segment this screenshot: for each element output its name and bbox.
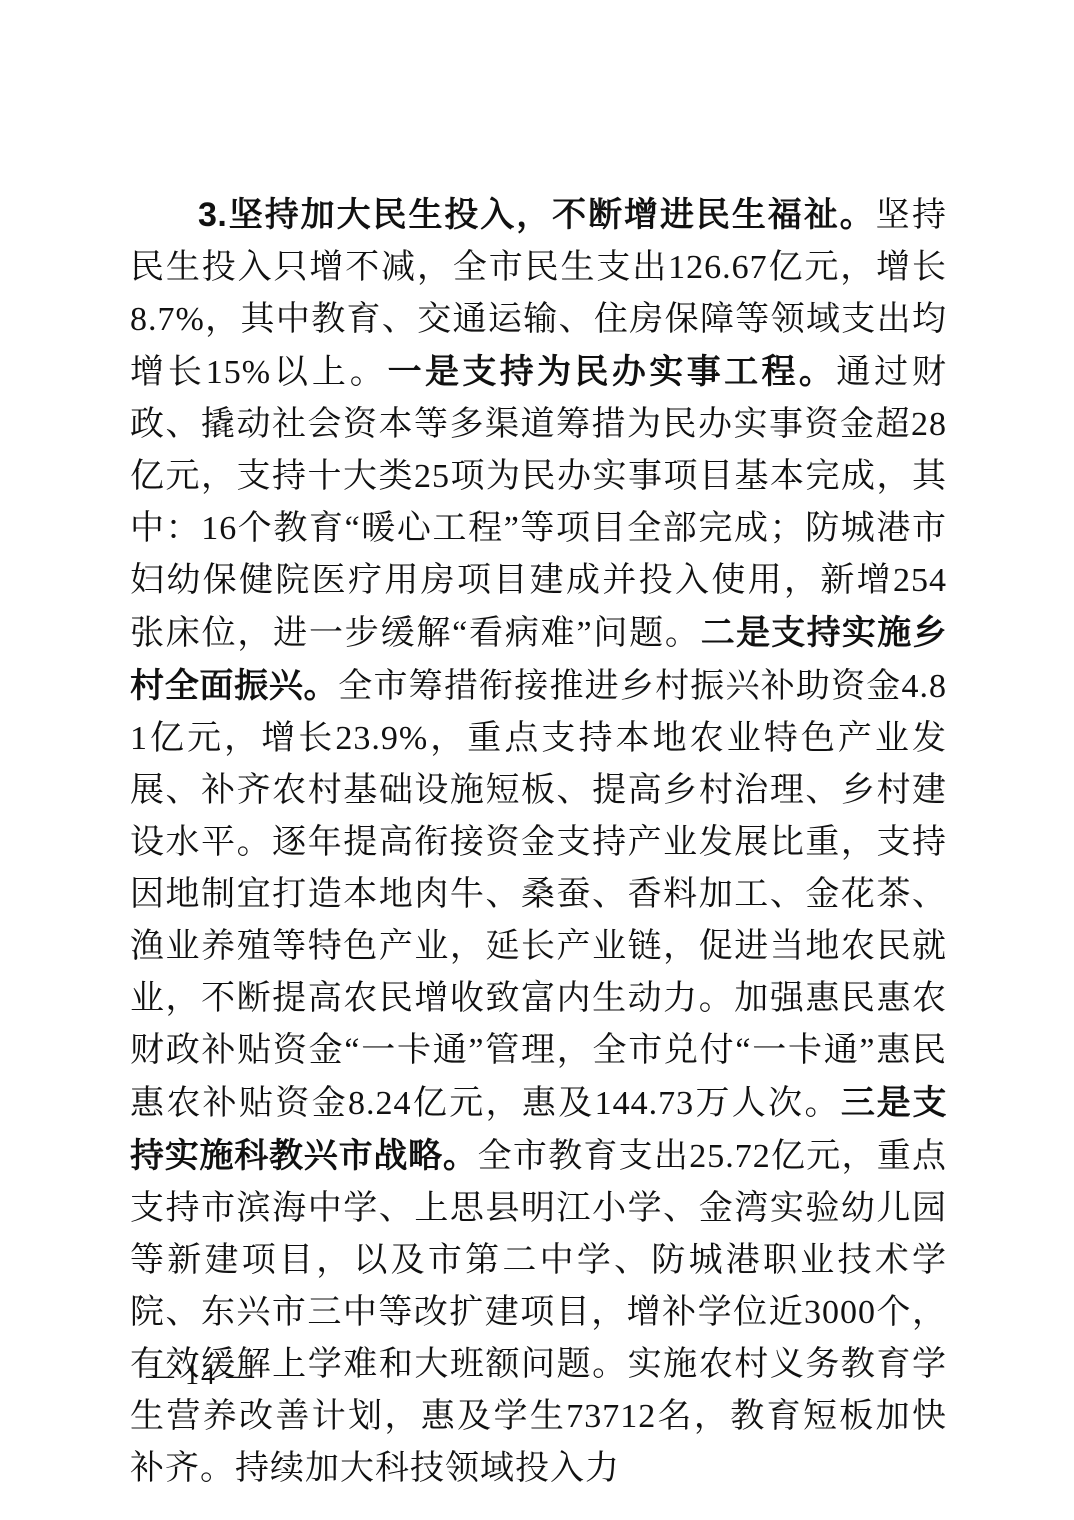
page-number: — 14 — [146, 1360, 256, 1392]
subheading-first-point: 一是支持为民办实事工程。 [388, 353, 837, 391]
body-paragraph: 3.坚持加大民生投入，不断增进民生福祉。坚持民生投入只增不减，全市民生支出126… [130, 189, 947, 1495]
section-heading-3: 3.坚持加大民生投入，不断增进民生福祉。 [198, 196, 876, 234]
document-body: 3.坚持加大民生投入，不断增进民生福祉。坚持民生投入只增不减，全市民生支出126… [130, 189, 947, 1495]
body-text-segment: 通过财政、撬动社会资本等多渠道筹措为民办实事资金超28亿元，支持十大类25项为民… [130, 354, 947, 652]
body-text-segment: 全市筹措衔接推进乡村振兴补助资金4.81亿元，增长23.9%，重点支持本地农业特… [130, 668, 947, 1122]
body-text-segment: 全市教育支出25.72亿元，重点支持市滨海中学、上思县明江小学、金湾实验幼儿园等… [130, 1138, 947, 1487]
document-page: 3.坚持加大民生投入，不断增进民生福祉。坚持民生投入只增不减，全市民生支出126… [0, 0, 1074, 1520]
